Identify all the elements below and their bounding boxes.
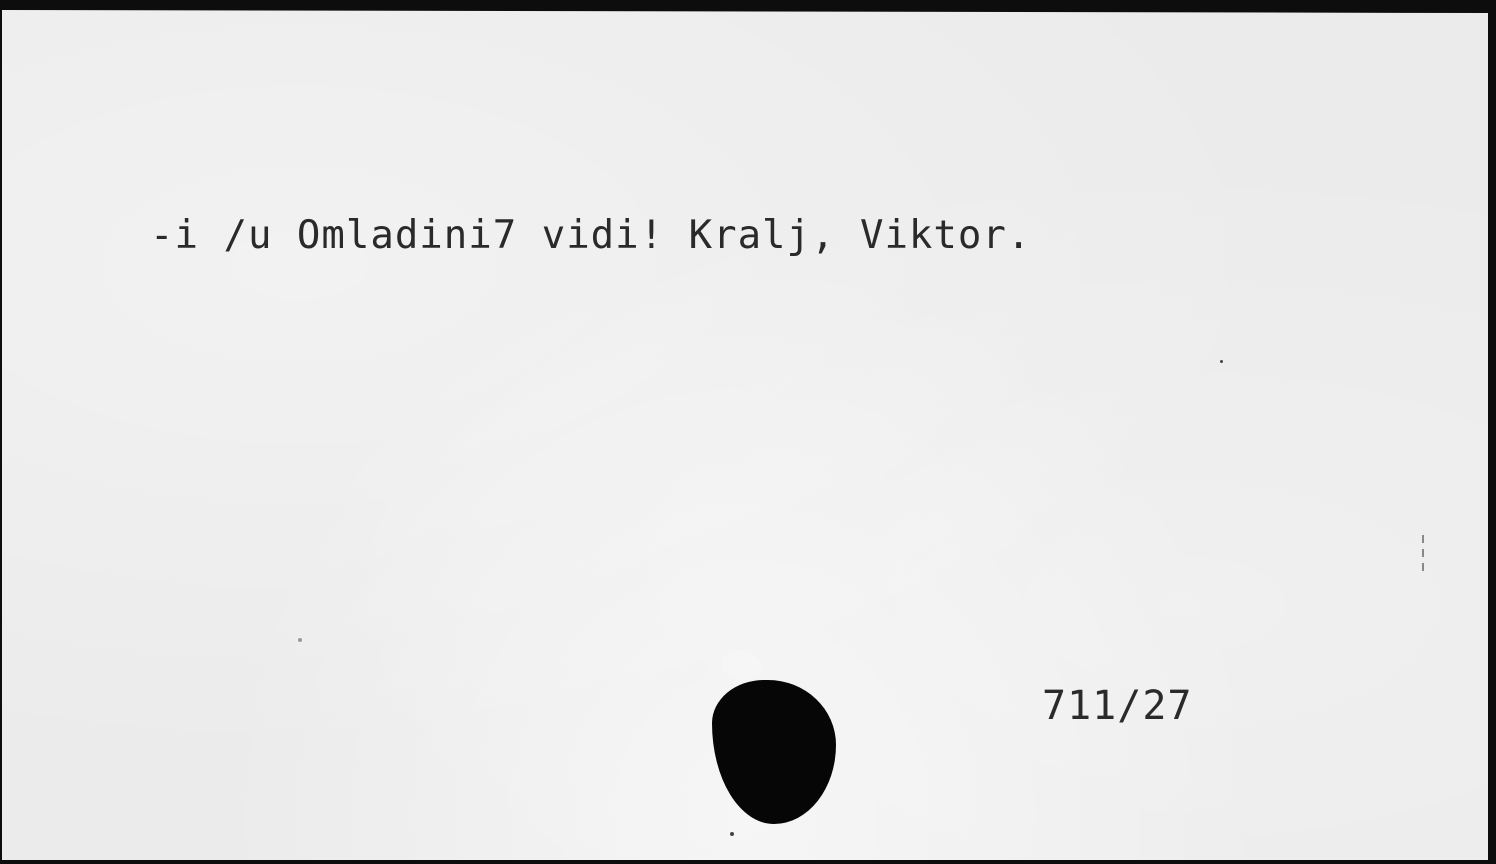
bracketed-text: u Omladini: [248, 206, 493, 266]
paper-speck: [1220, 360, 1223, 363]
cross-reference-label: vidi!: [542, 206, 664, 266]
card-heading: -i /u Omladini7 vidi! Kralj, Viktor.: [150, 206, 1031, 266]
paper-speck: [730, 832, 734, 836]
margin-mark: [1422, 535, 1424, 577]
bracket-open: /: [223, 206, 247, 266]
reference-number: 711/27: [1042, 678, 1193, 734]
heading-prefix: -i: [150, 206, 199, 266]
paper-speck: [298, 638, 302, 642]
bracket-close: 7: [493, 206, 517, 266]
scan-background: -i /u Omladini7 vidi! Kralj, Viktor. 711…: [0, 0, 1496, 864]
referenced-name: Kralj, Viktor.: [689, 206, 1032, 266]
